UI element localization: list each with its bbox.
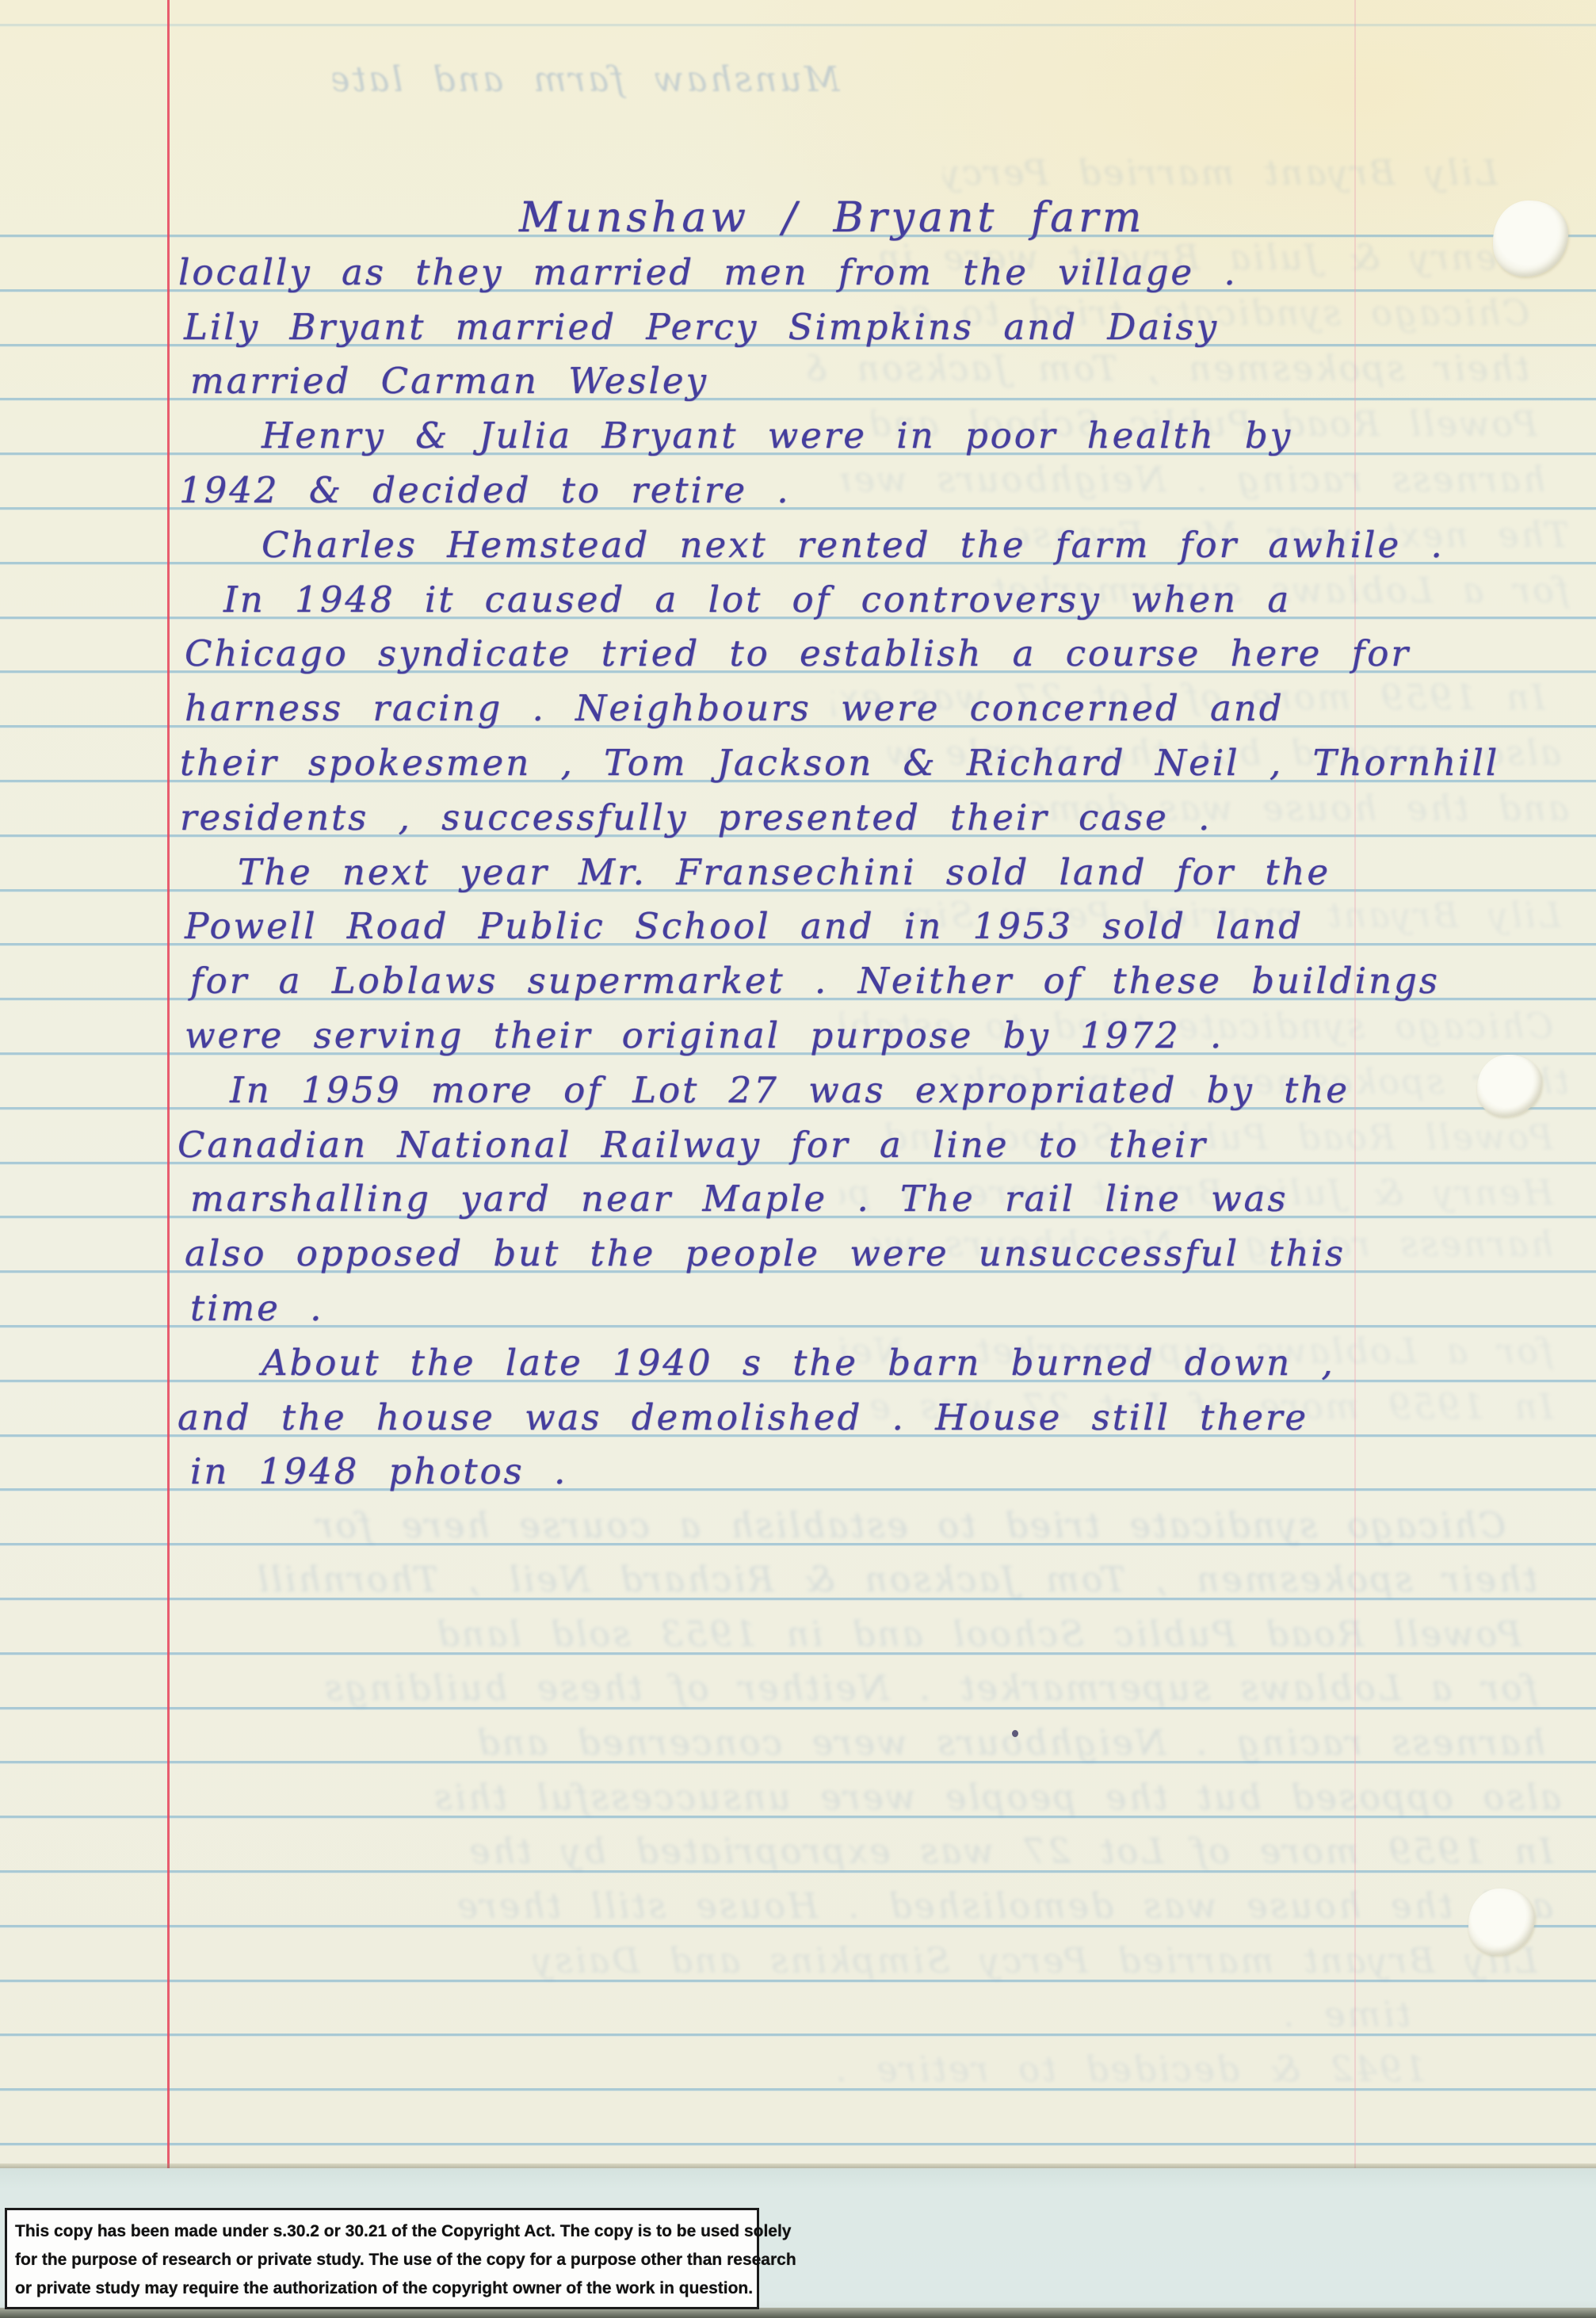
copyright-notice-box: This copy has been made under s.30.2 or … xyxy=(5,2208,759,2309)
handwriting-line: and the house was demolished . House sti… xyxy=(178,1395,1308,1441)
handwriting-line: married Carman Wesley xyxy=(190,358,708,404)
bleedthrough-ghost-line: 1942 & decided to retire . xyxy=(238,2047,1426,2095)
bleedthrough-ghost-line: their spokesmen , Tom Jackson & Richard … xyxy=(71,1557,1537,1605)
handwriting-line: 1942 & decided to retire . xyxy=(179,468,791,514)
ruled-line xyxy=(0,24,1596,26)
handwriting-line: were serving their original purpose by 1… xyxy=(185,1013,1224,1059)
bleedthrough-ghost-line: harness racing . Neighbours were concern… xyxy=(79,1720,1545,1768)
bleedthrough-ghost-line: harness racing . Neighbours were concern… xyxy=(840,457,1545,505)
handwriting-line: Charles Hemstead next rented the farm fo… xyxy=(262,522,1445,568)
correction-fluid-spot xyxy=(1493,200,1568,277)
copyright-notice-line: or private study may require the authori… xyxy=(15,2274,749,2303)
handwriting-line: time . xyxy=(190,1285,323,1331)
bleedthrough-ghost-line: and the house was demolished . House sti… xyxy=(63,1884,1553,1931)
handwriting-line: About the late 1940 s the barn burned do… xyxy=(262,1340,1335,1386)
copyright-notice-line: for the purpose of research or private s… xyxy=(15,2246,749,2274)
bleedthrough-ghost-line: for a Loblaws supermarket . Neither of t… xyxy=(48,1666,1537,1713)
copyright-notice-line: This copy has been made under s.30.2 or … xyxy=(15,2217,749,2246)
handwriting-line: Lily Bryant married Percy Simpkins and D… xyxy=(184,304,1219,350)
bleedthrough-ghost-line: also opposed but the people were unsucce… xyxy=(55,1775,1561,1823)
handwriting-line: Chicago syndicate tried to establish a c… xyxy=(185,631,1411,677)
bleedthrough-ghost-line: their spokesmen , Tom Jackson & Richard … xyxy=(808,346,1529,394)
handwriting-line: harness racing . Neighbours were concern… xyxy=(185,685,1285,731)
handwriting-line: The next year Mr. Fransechini sold land … xyxy=(238,850,1331,896)
bleedthrough-legible-line: Munshaw farm and later the xyxy=(333,57,840,105)
handwriting-line: Powell Road Public School and in 1953 so… xyxy=(185,903,1304,949)
bleedthrough-ghost-line: Chicago syndicate tried to establish a c… xyxy=(119,1503,1506,1551)
bleedthrough-ghost-line: time . xyxy=(301,1992,1411,2040)
handwriting-title-line: Munshaw / Bryant farm xyxy=(519,195,1145,241)
handwriting-line: also opposed but the people were unsucce… xyxy=(185,1231,1346,1277)
ruled-line xyxy=(0,2143,1596,2145)
handwriting-line: marshalling yard near Maple . The rail l… xyxy=(190,1176,1288,1222)
handwriting-line: for a Loblaws supermarket . Neither of t… xyxy=(190,958,1440,1004)
scanned-notebook-page: Munshaw farm and later theLily Bryant ma… xyxy=(0,0,1596,2318)
bleedthrough-ghost-line: Lily Bryant married Percy Simpkins and D… xyxy=(111,1938,1537,1986)
handwriting-line: Henry & Julia Bryant were in poor health… xyxy=(262,413,1292,459)
handwriting-line: in 1948 photos . xyxy=(190,1449,567,1495)
handwriting-line: In 1948 it caused a lot of controversy w… xyxy=(223,577,1291,623)
stray-ink-dot xyxy=(1012,1730,1018,1737)
handwriting-line: residents , successfully presented their… xyxy=(180,795,1212,841)
handwriting-line: their spokesmen , Tom Jackson & Richard … xyxy=(180,740,1499,786)
handwriting-line: In 1959 more of Lot 27 was expropriated … xyxy=(230,1067,1350,1113)
bleedthrough-ghost-line: Powell Road Public School and in 1953 so… xyxy=(95,1612,1522,1659)
handwriting-line: Canadian National Railway for a line to … xyxy=(178,1122,1208,1168)
bleedthrough-ghost-line: Lily Bryant married Percy Simpkins and D… xyxy=(943,151,1498,198)
bleedthrough-ghost-line: In 1959 more of Lot 27 was expropriated … xyxy=(87,1829,1553,1877)
handwriting-line: locally as they married men from the vil… xyxy=(178,250,1238,296)
